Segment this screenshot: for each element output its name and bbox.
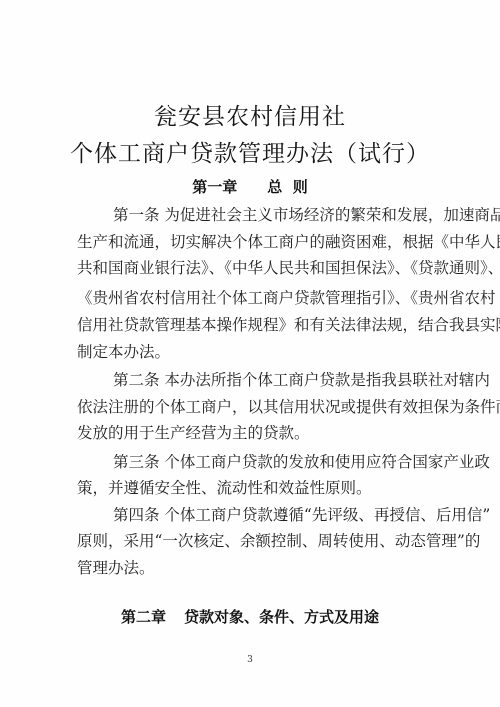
chapter-1-number: 第一章 xyxy=(192,178,237,196)
article-2-line-3: 发放的用于生产经营为主的贷款。 xyxy=(77,423,424,443)
article-1-line-3: 共和国商业银行法》、《中华人民共和国担保法》、《贷款通则》、 xyxy=(77,258,424,278)
chapter-2-number: 第二章 xyxy=(121,608,166,626)
article-2-line-1: 第二条 本办法所指个体工商户贷款是指我县联社对辖内 xyxy=(113,370,413,390)
article-3-line-2: 策，并遵循安全性、流动性和效益性原则。 xyxy=(77,478,424,498)
document-title-organization: 瓮安县农村信用社 xyxy=(0,98,500,131)
article-4-line-2: 原则，采用“一次核定、余额控制、周转使用、动态管理”的 xyxy=(77,531,424,551)
article-2-line-2: 依法注册的个体工商户，以其信用状况或提供有效担保为条件而 xyxy=(77,397,424,417)
chapter-2-name: 贷款对象、条件、方式及用途 xyxy=(184,608,379,626)
article-1-line-6: 制定本办法。 xyxy=(77,342,424,362)
article-1-line-1: 第一条 为促进社会主义市场经济的繁荣和发展，加速商品 xyxy=(113,205,424,225)
document-page: 瓮安县农村信用社 个体工商户贷款管理办法（试行） 第一章总 则 第一条 为促进社… xyxy=(0,0,500,707)
chapter-1-heading: 第一章总 则 xyxy=(0,176,500,197)
page-number: 3 xyxy=(0,655,500,665)
article-3-line-1: 第三条 个体工商户贷款的发放和使用应符合国家产业政 xyxy=(113,452,418,472)
article-4-line-3: 管理办法。 xyxy=(77,558,424,578)
document-title-name: 个体工商户贷款管理办法（试行） xyxy=(0,135,500,168)
article-4-line-1: 第四条 个体工商户贷款遵循“先评级、再授信、后用信” xyxy=(113,505,424,525)
article-1-line-4: 《贵州省农村信用社个体工商户贷款管理指引》、《贵州省农村 xyxy=(77,288,424,308)
article-1-line-5: 信用社贷款管理基本操作规程》和有关法律法规，结合我县实际， xyxy=(77,315,424,335)
chapter-1-name: 总 则 xyxy=(267,178,307,196)
chapter-2-heading: 第二章贷款对象、条件、方式及用途 xyxy=(0,606,500,627)
article-1-line-2: 生产和流通，切实解决个体工商户的融资困难，根据《中华人民 xyxy=(77,232,424,252)
